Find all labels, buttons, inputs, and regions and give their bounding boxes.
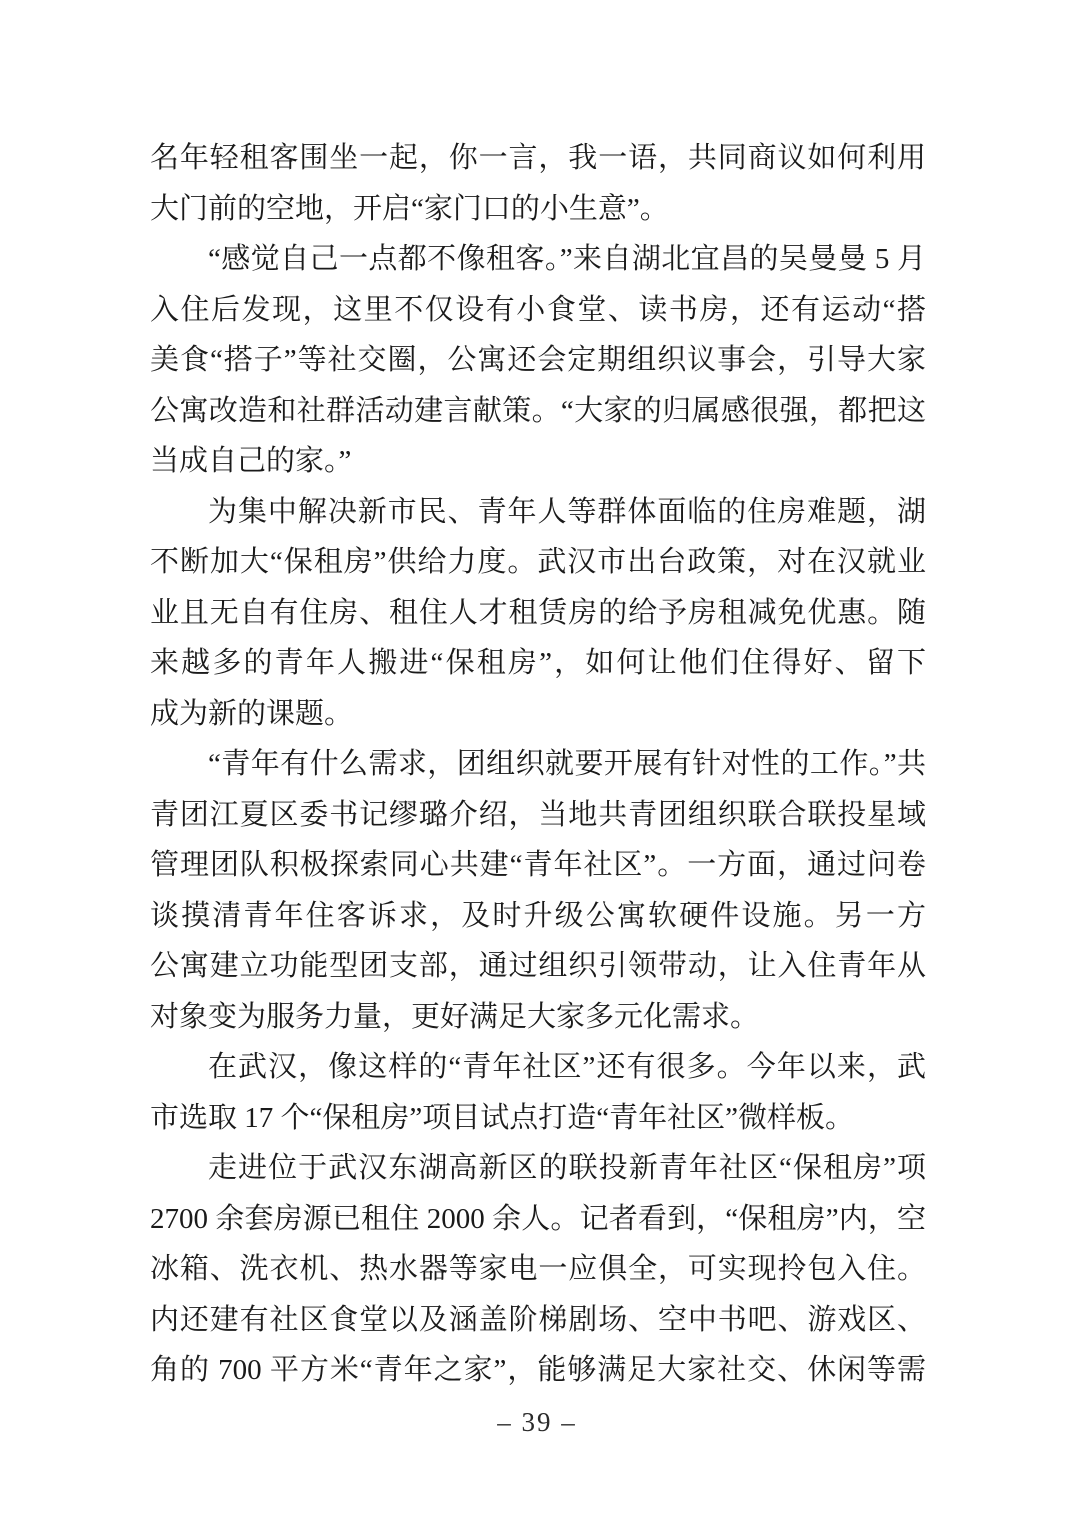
text-line: 公寓改造和社群活动建言献策。“大家的归属感很强，都把这里 [150,386,926,437]
paragraph: 在武汉，像这样的“青年社区”还有很多。今年以来，武汉 市选取 17 个“保租房”… [150,1042,926,1143]
text-line: 入住后发现，这里不仅设有小食堂、读书房，还有运动“搭子”、 [150,285,926,336]
text-line: 公寓建立功能型团支部，通过组织引领带动，让入住青年从服务 [150,941,926,992]
text-line: 成为新的课题。 [150,689,926,740]
text-line: 大门前的空地，开启“家门口的小生意”。 [150,184,926,235]
text-line: 谈摸清青年住客诉求，及时升级公寓软硬件设施。另一方面，在 [150,891,926,942]
text-line: 为集中解决新市民、青年人等群体面临的住房难题，湖北省 [150,487,926,538]
paragraph: 为集中解决新市民、青年人等群体面临的住房难题，湖北省 不断加大“保租房”供给力度… [150,487,926,740]
text-line: “青年有什么需求，团组织就要开展有针对性的工作。”共 [150,739,926,790]
paragraph: “感觉自己一点都不像租客。”来自湖北宜昌的吴曼曼 5 月 入住后发现，这里不仅设… [150,234,926,487]
text-line: “感觉自己一点都不像租客。”来自湖北宜昌的吴曼曼 5 月 [150,234,926,285]
paragraph: “青年有什么需求，团组织就要开展有针对性的工作。”共 青团江夏区委书记缪璐介绍，… [150,739,926,1042]
document-page: 名年轻租客围坐一起，你一言，我一语，共同商议如何利用公寓 大门前的空地，开启“家… [0,0,1074,1520]
text-line: 管理团队积极探索同心共建“青年社区”。一方面，通过问卷访 [150,840,926,891]
text-line: 对象变为服务力量，更好满足大家多元化需求。 [150,992,926,1043]
text-line: 冰箱、洗衣机、热水器等家电一应俱全，可实现拎包入住。社区 [150,1244,926,1295]
text-line: 美食“搭子”等社交圈，公寓还会定期组织议事会，引导大家为 [150,335,926,386]
page-number: – 39 – [0,1402,1074,1442]
text-line: 名年轻租客围坐一起，你一言，我一语，共同商议如何利用公寓 [150,133,926,184]
text-line: 角的 700 平方米“青年之家”，能够满足大家社交、休闲等需求。 [150,1345,926,1396]
text-line: 2700 余套房源已租住 2000 余人。记者看到，“保租房”内，空调、 [150,1194,926,1245]
paragraph: 名年轻租客围坐一起，你一言，我一语，共同商议如何利用公寓 大门前的空地，开启“家… [150,133,926,234]
text-line: 来越多的青年人搬进“保租房”，如何让他们住得好、留下来， [150,638,926,689]
text-line: 当成自己的家。” [150,436,926,487]
text-line: 市选取 17 个“保租房”项目试点打造“青年社区”微样板。 [150,1093,926,1144]
text-line: 青团江夏区委书记缪璐介绍，当地共青团组织联合联投星域公寓 [150,790,926,841]
text-line: 不断加大“保租房”供给力度。武汉市出台政策，对在汉就业创 [150,537,926,588]
text-line: 走进位于武汉东湖高新区的联投新青年社区“保租房”项目， [150,1143,926,1194]
paragraph: 走进位于武汉东湖高新区的联投新青年社区“保租房”项目， 2700 余套房源已租住… [150,1143,926,1396]
text-line: 业且无自有住房、租住人才租赁房的给予房租减免优惠。随着越 [150,588,926,639]
document-body: 名年轻租客围坐一起，你一言，我一语，共同商议如何利用公寓 大门前的空地，开启“家… [150,133,926,1396]
text-line: 内还建有社区食堂以及涵盖阶梯剧场、空中书吧、游戏区、音乐 [150,1295,926,1346]
text-line: 在武汉，像这样的“青年社区”还有很多。今年以来，武汉 [150,1042,926,1093]
